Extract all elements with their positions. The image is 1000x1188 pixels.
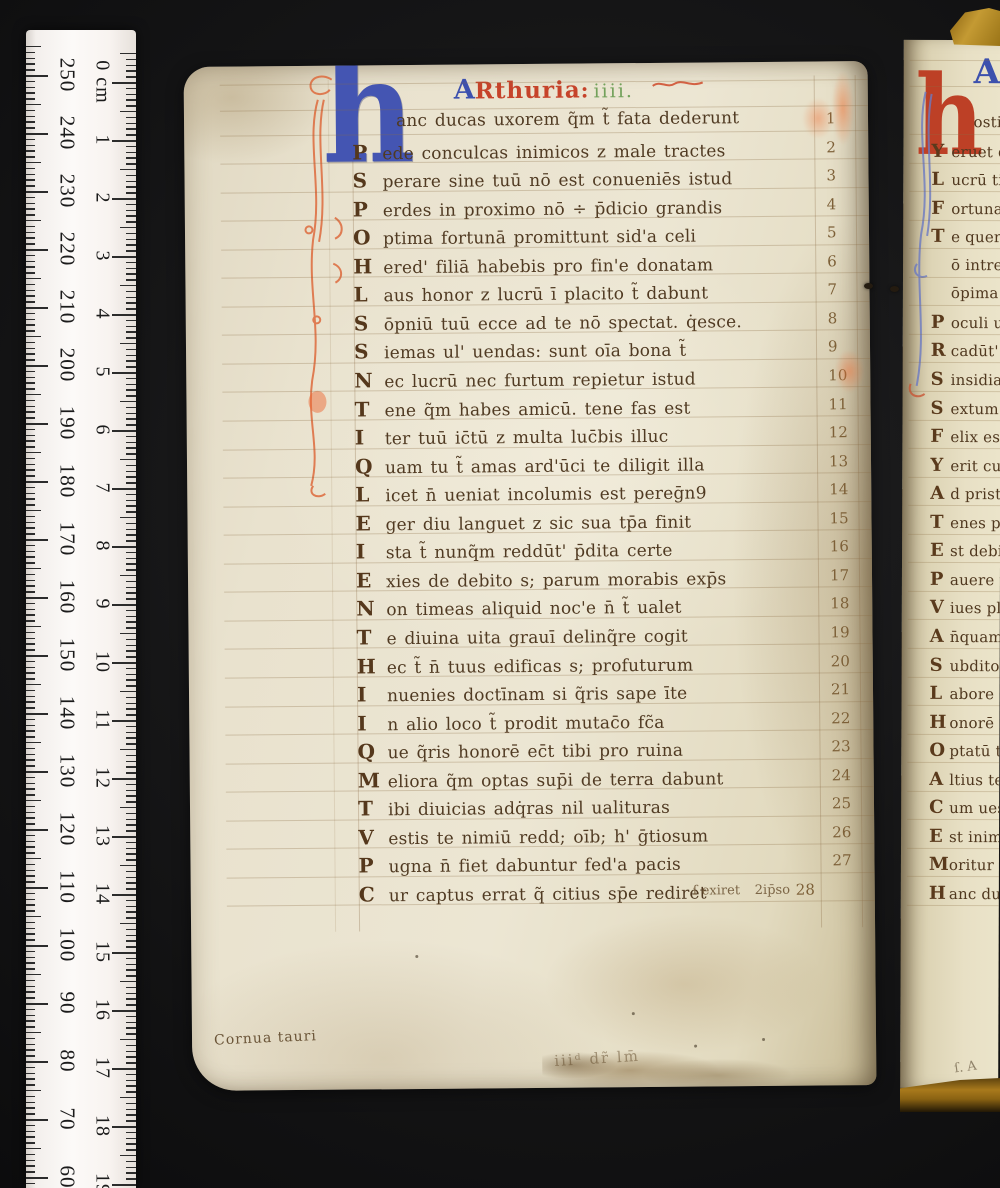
ruler-tick [26,777,35,778]
photo-stage: 2502402302202102001901801701601501401301… [0,0,1000,1188]
ruler-tick [112,1184,136,1186]
ruler-tick [26,81,35,82]
ruler-tick [26,806,35,807]
ruler-tick [126,685,136,686]
ruler-tick [126,244,136,245]
ruling-horizontal [909,419,1000,420]
ruler-tick [26,464,35,465]
ruler-tick [120,1039,136,1040]
ruler-tick [26,1107,35,1108]
verse-number: 18 [830,595,849,613]
verse-initial: S [931,369,951,390]
ruler-tick [26,1061,48,1063]
ruler-tick [126,413,136,414]
verse-text: ōpima uiu [951,284,1000,302]
ruler-tick [26,493,35,494]
ruler-tick [26,713,48,715]
ruler-tick [26,754,35,755]
ruler-tick [126,215,136,216]
verse-line-fragment: An̄quam fi [930,626,1000,654]
ruler-tick [26,266,35,267]
verse-text: ucrū tibi [951,171,1000,189]
ruler-tick [126,337,136,338]
verse-line-fragment: Optatū tarda [929,740,999,768]
ruler-tick [126,181,136,182]
ruler-tick [26,910,35,911]
ruler-tick [26,951,35,952]
ruling-horizontal [908,648,1000,649]
ruler-tick [26,46,41,47]
ruler-tick [126,302,136,303]
ruler-tick [26,568,41,569]
verse-initial: L [930,683,950,704]
ruler-tick [112,1068,136,1070]
ruler-tick [126,424,136,425]
ruler-tick [126,210,136,211]
ruler-tick [126,494,136,495]
verse-line-fragment: Fortunam [931,198,1000,226]
verse-line: Siemas ul' uendas: sunt oīa bona t̃9 [354,335,870,368]
sewing-hole [864,283,873,289]
ruler-tick [112,952,136,954]
ruler-mm-label: 150 [55,638,80,673]
ruler-cm-label: 14 [91,883,114,905]
ruler-tick [126,1120,136,1121]
ruler-tick [26,858,41,859]
ruler-tick [126,157,136,158]
verse-line: Cur captus errat q̃ citius sp̄e rediretſ… [359,878,875,911]
ruler-tick [26,87,35,88]
ruler-tick [126,395,136,396]
ruler-tick [26,365,48,367]
chapter-title: ARthuria: iiii. [454,72,705,105]
marginal-note: ſ exiret [693,883,740,898]
verse-number: 6 [827,252,837,270]
ruler-tick [126,906,136,907]
ruler-tick [26,185,35,186]
verse-initial: E [929,826,949,847]
verse-line-fragment: Est debitum [930,540,1000,568]
ruler-tick [26,812,35,813]
ruler-tick [26,823,35,824]
ruler-tick [26,423,48,425]
ruler-tick [126,1085,136,1086]
verse-text: ortunam [951,200,1000,218]
ruler-tick [120,865,136,866]
ruler-tick [126,964,136,965]
ruler-tick [26,997,35,998]
verse-number: 19 [830,623,849,641]
verse-line: Nec lucrū nec furtum repietur istud10 [354,364,870,397]
ruler-tick [126,1103,136,1104]
ruler-tick [26,510,41,511]
ruler-tick [112,778,136,780]
ruler-tick [126,674,136,675]
ruler-tick [126,888,136,889]
ruler-tick [26,1026,35,1027]
verse-initial: Q [357,739,387,763]
verse-line-fragment: Sextum ueut [930,397,1000,425]
ruler-tick [126,175,136,176]
ruler-tick [26,127,35,128]
ruler-tick [26,516,35,517]
verse-line: Eger diu languet z sic sua tp̄a finit15 [355,507,871,540]
ruler-tick [126,1016,136,1017]
ruler-tick [126,163,136,164]
verse-initial: S [930,654,950,675]
ruler-tick [26,301,35,302]
ruler-tick [26,632,35,633]
ruler-tick [26,1078,35,1079]
ruler-tick [26,174,35,175]
ruler-tick [126,505,136,506]
verse-lines: anc ducas uxorem q̃m t̃ fata dederunt1Pe… [184,61,868,67]
verse-initial: O [929,740,949,761]
ruler-tick [26,377,35,378]
ruler-tick [26,707,35,708]
verse-number: 15 [829,509,848,527]
ruling-horizontal [907,848,999,849]
ruler-tick [126,355,136,356]
ruler-tick [126,766,136,767]
ruler-tick [126,813,136,814]
ruler-tick [126,563,136,564]
verse-line: Ista t̃ nunq̃m reddūt' p̄dita certe16 [356,535,872,568]
speck [762,1038,765,1041]
ruler-tick [126,772,136,773]
ruler-tick [26,1102,35,1103]
ruler-tick [126,946,136,947]
ruler-mm-label: 160 [55,580,80,615]
verse-line: Meliora q̃m optas sup̄i de terra dabunt2… [358,764,874,797]
verse-number: 17 [830,566,849,584]
ruler-tick [126,1091,136,1092]
ruler-tick [126,273,136,274]
ruler-tick [112,836,136,838]
verse-line: Que q̃ris honorē ec̄t tibi pro ruina23 [357,735,873,768]
ruler-tick [26,168,35,169]
ruler-tick [26,197,35,198]
ruler-tick [120,691,136,692]
ruler-tick [26,98,35,99]
verse-text: onorē z laud [949,714,1000,732]
verse-text: anc ducas u [949,885,1000,903]
ruler-tick [126,935,136,936]
ruler-tick [26,243,35,244]
ruler-cm-label: 2 [91,193,114,204]
ruler-tick [126,1027,136,1028]
ruler-tick [26,1136,35,1137]
ruler-tick [126,581,136,582]
ruler-tick [26,58,35,59]
ruler-tick [112,1010,136,1012]
verse-initial: Y [930,455,950,476]
ruler-tick [126,790,136,791]
verse-line: Hered' filiā habebis pro fin'e donatam6 [353,250,869,283]
ruler-tick [126,1143,136,1144]
ruler-tick [26,359,35,360]
ruler-tick [126,848,136,849]
ruler-tick [126,279,136,280]
ruler-mm-label: 250 [55,58,80,93]
ruler-cm-label: 10 [91,651,114,673]
ruler-tick [26,203,35,204]
ruler-tick [26,272,35,273]
ruler-tick [126,819,136,820]
ruler-tick [126,233,136,234]
ruler-cm-label: 15 [91,941,114,963]
ruler-tick [126,65,136,66]
ruler-tick [126,1138,136,1139]
ruler-tick [26,527,35,528]
ruler-tick [126,88,136,89]
ruler-tick [126,1056,136,1057]
ruler-tick [26,1119,48,1121]
ruler-tick [126,117,136,118]
verse-line-fragment: Pauere te cō [930,569,1000,597]
ruler-tick [126,511,136,512]
ruler-tick [26,417,35,418]
ruler-tick [26,759,35,760]
verse-text: ltius tenes [949,771,1000,789]
ruler-tick [26,968,35,969]
ruler-tick [126,94,136,95]
verse-line-fragment: ostium tu [931,112,1000,140]
ruler-tick [26,504,35,505]
ruler-tick [26,394,41,395]
verse-number: 7 [827,281,837,299]
verse-text: enes pernda [950,514,1000,532]
ruler-tick [126,534,136,535]
verse-line: In alio loco t̃ prodit mutac̄o fc̃a22 [357,707,873,740]
verse-text: st debitum [950,542,1000,560]
ruler-tick [26,551,35,552]
verse-text: ptatū tarda [949,742,1000,760]
ruler-tick [26,1171,35,1172]
ruler-tick [26,1084,35,1085]
ruler-tick [26,1096,35,1097]
ruler-tick [26,991,35,992]
ruler-tick [126,853,136,854]
ruler-cm-label: 7 [91,483,114,494]
ruler-tick [26,556,35,557]
ruler-tick [26,1160,35,1161]
ruler-tick [26,585,35,586]
ruler-tick [126,320,136,321]
ruler-tick [126,105,136,106]
ruler-tick [126,882,136,883]
ruler-tick [126,929,136,930]
ruler-tick [126,993,136,994]
ruler-tick [26,696,35,697]
verse-initial: I [357,711,387,735]
ruler-tick [26,609,35,610]
ruler-tick [26,290,35,291]
ruler-tick [126,998,136,999]
ruling-horizontal [908,619,1000,620]
ruler-tick [26,522,35,523]
ruler-tick [26,661,35,662]
ruling-horizontal [908,505,1000,506]
ruler-tick [112,546,136,548]
ruler-tick [26,110,35,111]
ruler-tick [26,928,35,929]
ruler-tick [120,285,136,286]
verse-initial: P [931,312,951,333]
verse-line: Tene q̃m habes amicū. tene fas est11 [354,393,870,426]
ruler-tick [26,1131,35,1132]
ruler-tick [120,575,136,576]
ruler-tick [26,400,35,401]
verse-initial: V [930,597,950,618]
ruler-tick [26,939,35,940]
ruler-tick [26,1148,41,1149]
ruler-tick [126,830,136,831]
verse-line: Non timeas aliquid noc'e n̄ t̃ ualet18 [356,592,872,625]
ruler-tick [126,714,136,715]
verse-initial: T [356,625,386,649]
ruler-tick [126,1033,136,1034]
ruler-tick [26,75,48,77]
ruler-tick [126,204,136,205]
ruler-tick [126,1062,136,1063]
ruler-tick [126,1051,136,1052]
verse-initial: L [931,169,951,190]
ruler-mm-label: 110 [55,870,80,904]
verse-number: 3 [826,166,836,184]
verse-initial: H [929,883,949,904]
ruler-mm-label: 210 [55,290,80,325]
verse-number: 1 [826,109,836,127]
ruler-tick [26,498,35,499]
verse-line: Pede conculcas inimicos z male tractes2 [352,136,868,169]
ruler-mm-label: 130 [55,754,80,789]
verse-line: Optima fortunā promittunt sid'a celi5 [353,221,869,254]
ruler-tick [120,111,136,112]
ruler-tick [26,1009,35,1010]
verse-initial: N [356,597,386,621]
ruler-tick [126,366,136,367]
verse-initial: E [355,511,385,535]
ruling-horizontal [907,876,999,877]
ruler-tick [120,633,136,634]
ruler-tick [126,755,136,756]
ruler-tick [126,146,136,147]
ruler-tick [26,52,35,53]
verse-initial: S [931,397,951,418]
ruler-tick [126,726,136,727]
verse-initial: H [357,654,387,678]
ruler-tick [26,348,35,349]
ruler-tick [126,801,136,802]
ruling-horizontal [907,819,999,820]
ruler-tick [126,958,136,959]
verse-line: Tibi diuicias adq̇ras nil ualituras25 [358,792,874,825]
ruler-tick [26,678,35,679]
verse-text: st inimicus [949,828,1000,846]
ruler-tick [26,342,35,343]
ruler-tick [26,150,35,151]
verse-initial: E [356,568,386,592]
ruler-tick [126,900,136,901]
ruler-tick [26,452,41,453]
verse-initial: A [929,769,949,790]
ruler-tick [26,957,35,958]
ruler-mm-label: 180 [55,464,80,499]
ruler-tick [120,981,136,982]
ruler-tick [126,598,136,599]
ruler-cm-label: 8 [91,541,114,552]
ruler-tick [126,59,136,60]
ruler-tick [26,145,35,146]
ruler-tick [26,817,35,818]
verse-text: insidias pa [951,371,1000,389]
sewing-hole [890,286,899,292]
ruler-tick [126,529,136,530]
ruler-tick [126,1178,136,1179]
verse-initial: M [929,854,949,875]
verse-initial: F [930,426,950,447]
ruler-tick [26,881,35,882]
ruler-tick [26,1067,35,1068]
ruling-horizontal [907,790,999,791]
ruler-tick [26,1073,35,1074]
verse-initial: P [358,854,388,878]
ruling-horizontal [908,705,1000,706]
binding-edge-top [950,8,1000,46]
verse-initial: P [930,569,950,590]
ruler-tick [120,1097,136,1098]
ruler-tick [26,1055,35,1056]
verse-line-fragment: Altius tenes [929,769,999,797]
verse-text: auere te cō [950,571,1000,589]
ruler-tick [126,326,136,327]
verse-initial: A [930,483,950,504]
verse-line: Iter tuū ic̄tū z multa luc̄bis illuc12 [355,421,871,454]
verse-initial: L [353,283,383,307]
ruler-tick [26,481,48,483]
ruler-tick [126,308,136,309]
ruler-tick [126,842,136,843]
verse-initial: H [929,712,949,733]
ruler-tick [126,645,136,646]
verse-line: Te diuina uita grauī delinq̃re cogit19 [356,621,872,654]
ruler-tick [126,656,136,657]
verse-number: 25 [832,794,851,812]
ruler-cm-label: 0 cm [91,60,114,103]
verse-number: 14 [829,480,848,498]
ruler-tick [126,737,136,738]
ruler-tick [126,1132,136,1133]
verse-initial: T [931,226,951,247]
ruler-tick [126,134,136,135]
ruler-tick [126,152,136,153]
speck [415,955,418,958]
ruler-tick [26,371,35,372]
ruler-tick [126,1114,136,1115]
ruler-mm-label: 240 [55,116,80,151]
verse-number: 10 [828,366,847,384]
verse-text: e querat [951,228,1000,246]
ruler-tick [26,1003,48,1005]
verse-text: erit cum lu [950,457,1000,475]
ruler-tick [26,1125,35,1126]
ruler-tick [26,469,35,470]
verse-line-fragment: Yeruet qd s [931,140,1000,168]
ruler-mm-label: 200 [55,348,80,383]
ruler-tick [26,440,35,441]
ruler-tick [26,620,35,621]
